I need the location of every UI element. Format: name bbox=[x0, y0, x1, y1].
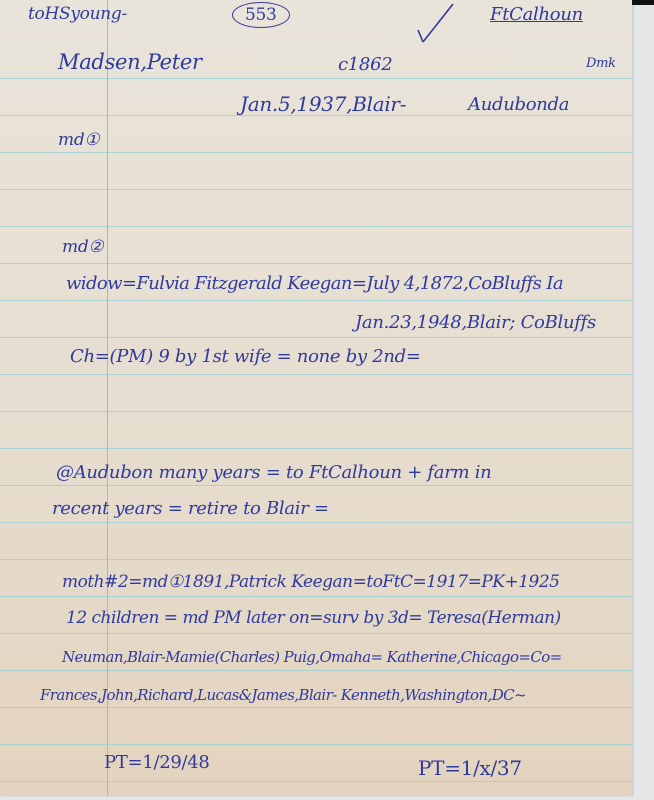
note-line: recent years = retire to Blair = bbox=[52, 498, 329, 519]
mother-note-line: Frances,John,Richard,Lucas&James,Blair- … bbox=[40, 686, 526, 704]
rule-line bbox=[0, 633, 632, 634]
rule-line bbox=[0, 337, 632, 338]
mother-note-line: 12 children = md PM later on=surv by 3d=… bbox=[66, 608, 561, 628]
birth-place: Dmk bbox=[586, 56, 616, 71]
rule-line bbox=[0, 78, 632, 79]
rule-line bbox=[0, 411, 632, 412]
rule-line bbox=[0, 596, 632, 597]
rule-line bbox=[0, 448, 632, 449]
death-info: Jan.5,1937,Blair- bbox=[240, 92, 406, 116]
marriage-1: md① bbox=[58, 130, 99, 150]
rule-line bbox=[0, 522, 632, 523]
rule-line bbox=[0, 226, 632, 227]
record-number: 553 bbox=[232, 2, 290, 28]
place-heading: FtCalhoun bbox=[490, 4, 583, 25]
mother-note-line: moth#2=md①1891,Patrick Keegan=toFtC=1917… bbox=[62, 572, 559, 592]
children-line: Ch=(PM) 9 by 1st wife = none by 2nd= bbox=[70, 346, 421, 367]
rule-line bbox=[0, 707, 632, 708]
scan-edge bbox=[632, 0, 654, 5]
person-name: Madsen,Peter bbox=[58, 50, 202, 74]
widow-death: Jan.23,1948,Blair; CoBluffs bbox=[355, 312, 596, 333]
margin-line bbox=[107, 0, 108, 796]
source-note: toHSyoung- bbox=[28, 4, 127, 24]
rule-line bbox=[0, 152, 632, 153]
burial-info: Audubonda bbox=[468, 94, 569, 115]
rule-line bbox=[0, 559, 632, 560]
rule-line bbox=[0, 670, 632, 671]
rule-line bbox=[0, 263, 632, 264]
notebook-page: toHSyoung- 553 FtCalhoun Madsen,Peter c1… bbox=[0, 0, 632, 796]
rule-line bbox=[0, 374, 632, 375]
rule-line bbox=[0, 300, 632, 301]
rule-line bbox=[0, 781, 632, 782]
footer-right-date: PT=1/x/37 bbox=[418, 756, 522, 780]
widow-line: widow=Fulvia Fitzgerald Keegan=July 4,18… bbox=[66, 273, 563, 294]
mother-note-line: Neuman,Blair-Mamie(Charles) Puig,Omaha= … bbox=[62, 648, 562, 666]
note-line: @Audubon many years = to FtCalhoun + far… bbox=[56, 462, 491, 483]
marriage-2: md② bbox=[62, 237, 103, 257]
rule-line bbox=[0, 485, 632, 486]
check-mark-icon bbox=[415, 2, 455, 46]
birth-year: c1862 bbox=[338, 54, 392, 75]
rule-line bbox=[0, 744, 632, 745]
footer-left-date: PT=1/29/48 bbox=[104, 752, 210, 773]
rule-line bbox=[0, 189, 632, 190]
